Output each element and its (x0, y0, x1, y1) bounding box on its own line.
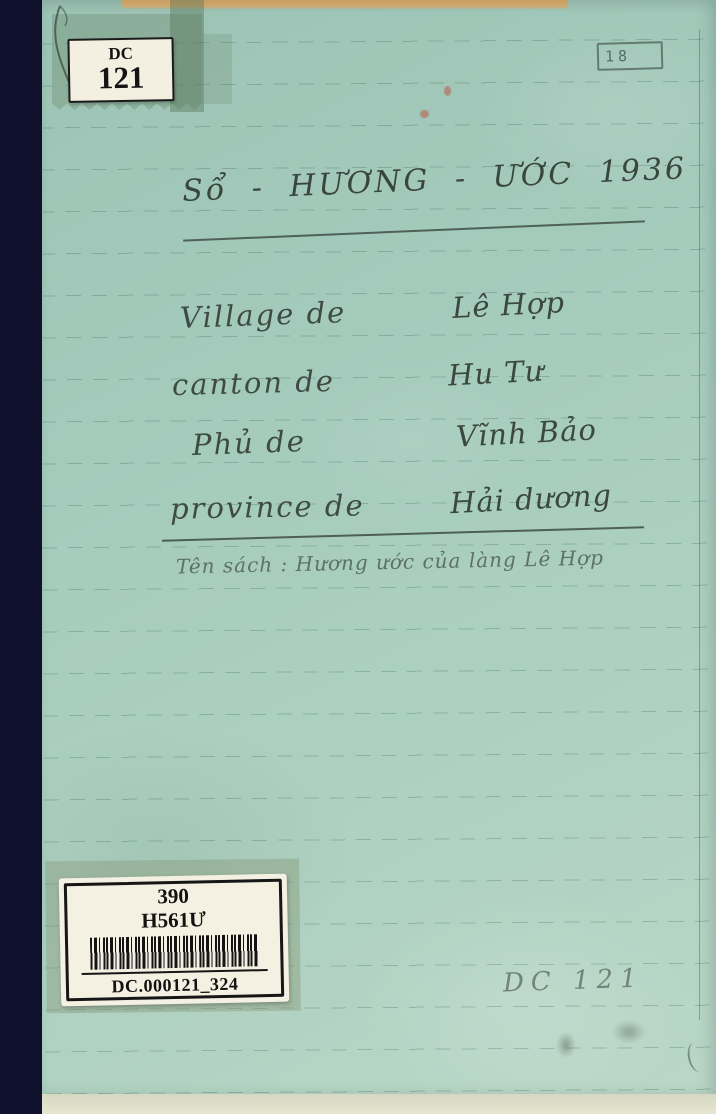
form-label-canton: canton de (172, 364, 336, 402)
smudge-mark (612, 1020, 646, 1044)
pencil-call-number: DC 121 (503, 964, 645, 999)
scanned-cover: DC 121 18 Sổ - HƯƠNG - ƯỚC 1936 Village … (0, 0, 716, 1114)
shelf-barcode-label: 390 H561Ư DC.000121_324 (59, 874, 290, 1007)
form-label-village: Village de (179, 295, 346, 335)
form-value-canton: Hu Tư (447, 354, 545, 393)
page-bottom-edge (42, 1094, 716, 1114)
form-label-phu: Phủ de (191, 424, 306, 462)
shelf-label-frame: 390 H561Ư DC.000121_324 (64, 879, 284, 1002)
tape-piece (170, 0, 204, 112)
form-value-village: Lê Hợp (451, 285, 566, 325)
barcode-number: DC.000121_324 (111, 974, 238, 998)
call-number-value: 121 (98, 62, 145, 95)
smudge-mark (556, 1032, 576, 1058)
ink-speck (444, 86, 451, 96)
call-number-label: DC 121 (67, 37, 174, 103)
ink-speck (420, 110, 429, 118)
barcode (90, 935, 259, 970)
shelf-class-number: 390 (157, 884, 189, 909)
tape-piece (202, 34, 232, 104)
shelf-cutter-number: H561Ư (141, 907, 206, 932)
date-stamp: 18 (597, 41, 664, 71)
date-stamp-text: 18 (605, 47, 632, 66)
form-label-province: province de (170, 488, 365, 525)
